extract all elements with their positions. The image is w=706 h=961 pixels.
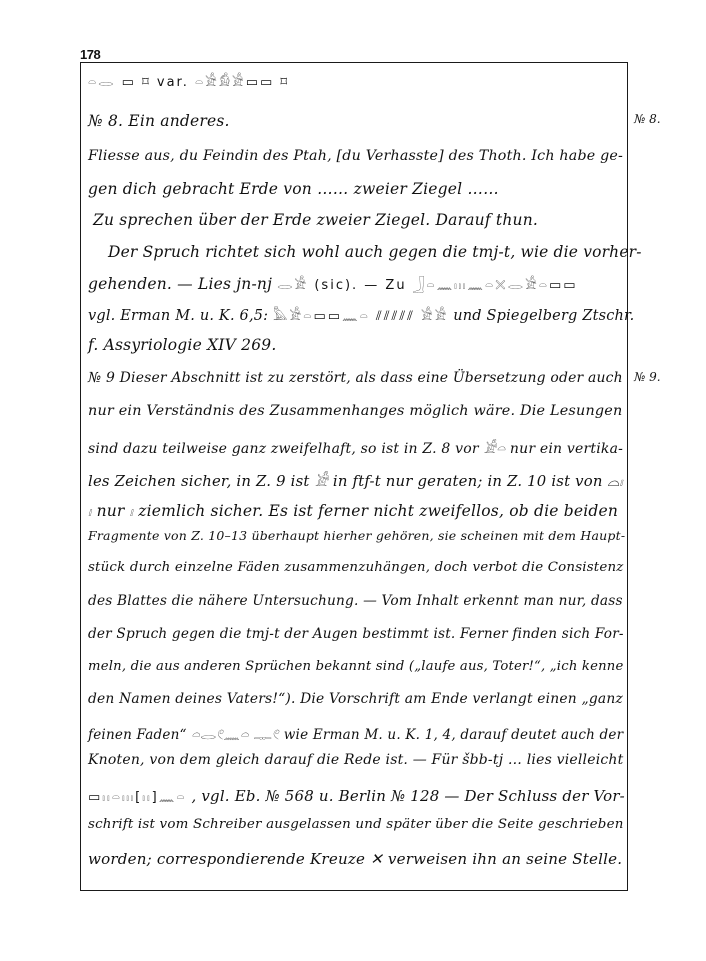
page-number: 178 xyxy=(80,47,100,62)
manuscript-line: Knoten, von dem gleich darauf die Rede i… xyxy=(88,752,623,768)
line-text: gehenden. — Lies jn-nj xyxy=(88,275,277,293)
manuscript-line: stück durch einzelne Fäden zusammenzuhän… xyxy=(88,560,624,575)
line-text: Zu sprechen über der Erde zweier Ziegel.… xyxy=(93,211,538,229)
manuscript-line: Zu sprechen über der Erde zweier Ziegel.… xyxy=(93,211,538,229)
manuscript-line: 𓏏𓂋 ▭ ⌑ var. 𓏏𓀀𓀁𓀀▭▭ ⌑ xyxy=(88,70,289,91)
line-text: den Namen deines Vaters!“). Die Vorschri… xyxy=(88,691,623,707)
line-text: Der Spruch richtet sich wohl auch gegen … xyxy=(108,243,642,261)
line-text: Fliesse aus, du Feindin des Ptah, [du Ve… xyxy=(88,148,623,164)
manuscript-line: schrift ist vom Schreiber ausgelassen un… xyxy=(88,817,624,832)
line-text: schrift ist vom Schreiber ausgelassen un… xyxy=(88,817,624,832)
manuscript-line: les Zeichen sicher, in Z. 9 ist 𓀀 in ftf… xyxy=(88,466,623,491)
line-text: № 9 Dieser Abschnitt ist zu zerstört, al… xyxy=(88,370,623,386)
line-text: feinen Faden“ 𓏏𓂋𓏲𓈖𓏏 𓊃𓏲 wie Erman M. u. K… xyxy=(88,727,623,743)
line-text: 𓏤 nur 𓏤 ziemlich sicher. Es ist ferner n… xyxy=(88,502,618,520)
manuscript-line: sind dazu teilweise ganz zweifelhaft, so… xyxy=(88,434,623,458)
line-text: stück durch einzelne Fäden zusammenzuhän… xyxy=(88,560,624,575)
manuscript-line: worden; correspondierende Kreuze ✕ verwe… xyxy=(88,850,622,868)
manuscript-line: Fragmente von Z. 10–13 überhaupt hierher… xyxy=(88,528,625,543)
line-text: gen dich gebracht Erde von …… zweier Zie… xyxy=(88,180,499,198)
manuscript-line: Der Spruch richtet sich wohl auch gegen … xyxy=(108,243,642,261)
line-text: vgl. Erman M. u. K. 6,5: xyxy=(88,308,273,324)
manuscript-line: des Blattes die nähere Untersuchung. — V… xyxy=(88,593,623,609)
line-text: der Spruch gegen die tmj-t der Augen bes… xyxy=(88,626,624,642)
manuscript-line: № 8. Ein anderes. xyxy=(88,112,230,130)
manuscript-line: nur ein Verständnis des Zusammenhanges m… xyxy=(88,403,622,419)
line-text-tail: , vgl. Eb. № 568 u. Berlin № 128 — Der S… xyxy=(187,787,625,805)
manuscript-line: feinen Faden“ 𓏏𓂋𓏲𓈖𓏏 𓊃𓏲 wie Erman M. u. K… xyxy=(88,722,623,744)
manuscript-line: ▭𓏤𓏤𓏏𓏥[𓏤𓏤]𓈖𓏏 , vgl. Eb. № 568 u. Berlin №… xyxy=(88,785,625,806)
line-text: Knoten, von dem gleich darauf die Rede i… xyxy=(88,752,623,768)
manuscript-line: Fliesse aus, du Feindin des Ptah, [du Ve… xyxy=(88,148,623,164)
margin-note-no8: № 8. xyxy=(634,112,661,126)
line-text: meln, die aus anderen Sprüchen bekannt s… xyxy=(88,659,624,674)
manuscript-line: f. Assyriologie XIV 269. xyxy=(88,336,276,354)
hieroglyph-group: 𓏏𓂋 ▭ ⌑ var. 𓏏𓀀𓀁𓀀▭▭ ⌑ xyxy=(88,75,289,90)
margin-note-no9: № 9. xyxy=(634,370,661,384)
manuscript-line: gen dich gebracht Erde von …… zweier Zie… xyxy=(88,180,499,198)
manuscript-line: meln, die aus anderen Sprüchen bekannt s… xyxy=(88,659,624,674)
manuscript-line: der Spruch gegen die tmj-t der Augen bes… xyxy=(88,626,624,642)
manuscript-line: № 9 Dieser Abschnitt ist zu zerstört, al… xyxy=(88,370,623,386)
hieroglyph-group: 𓅓𓀀𓏏▭▭𓈖𓏏 ⫽⫽⫽⫽⫽ 𓀀𓀀 xyxy=(273,309,448,324)
line-text: worden; correspondierende Kreuze ✕ verwe… xyxy=(88,850,622,868)
manuscript-line: den Namen deines Vaters!“). Die Vorschri… xyxy=(88,691,623,707)
line-text: f. Assyriologie XIV 269. xyxy=(88,336,276,354)
line-text: № 8. Ein anderes. xyxy=(88,112,230,130)
manuscript-line: gehenden. — Lies jn-nj 𓂋𓀀 (sic). — Zu 𓃀𓏏… xyxy=(88,273,578,294)
line-text: Fragmente von Z. 10–13 überhaupt hierher… xyxy=(88,528,625,543)
hieroglyph-group: 𓂋𓀀 (sic). — Zu 𓃀𓏏𓈖𓏥𓈖𓏏𓏴𓂋𓀀𓏏▭▭ xyxy=(277,278,577,293)
line-text: les Zeichen sicher, in Z. 9 ist 𓀀 in ftf… xyxy=(88,473,623,490)
manuscript-line: 𓏤 nur 𓏤 ziemlich sicher. Es ist ferner n… xyxy=(88,496,618,522)
manuscript-line: vgl. Erman M. u. K. 6,5: 𓅓𓀀𓏏▭▭𓈖𓏏 ⫽⫽⫽⫽⫽ 𓀀… xyxy=(88,304,634,325)
hieroglyph-group: ▭𓏤𓏤𓏏𓏥[𓏤𓏤]𓈖𓏏 xyxy=(88,790,187,805)
line-text: des Blattes die nähere Untersuchung. — V… xyxy=(88,593,623,609)
line-text: sind dazu teilweise ganz zweifelhaft, so… xyxy=(88,441,623,457)
line-text-tail: und Spiegelberg Ztschr. xyxy=(448,308,634,324)
line-text: nur ein Verständnis des Zusammenhanges m… xyxy=(88,403,622,419)
